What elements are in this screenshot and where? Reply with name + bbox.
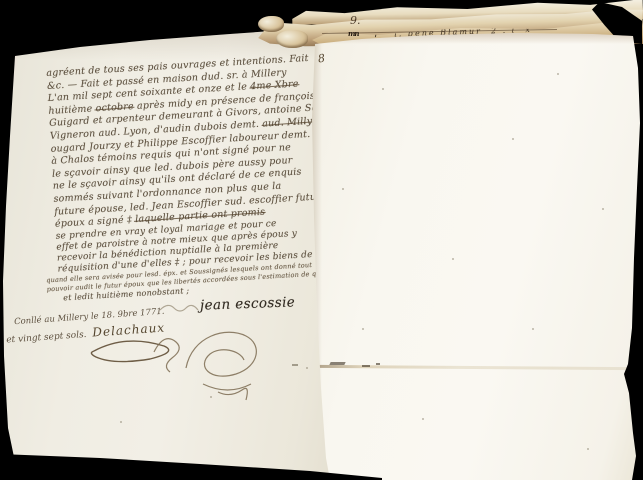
curled-paper-end	[258, 16, 284, 32]
archive-scan: agréent de tous ses pais ouvrages et int…	[0, 0, 643, 480]
notary-paraph-flourish	[148, 322, 266, 406]
background-bottom-wedge	[0, 452, 643, 480]
control-note-fee: et vingt sept sols.	[6, 330, 87, 346]
curled-paper-end	[276, 30, 308, 48]
signature-jean-escossie: jean escossie	[200, 294, 296, 313]
delachaux-paraph-flourish	[86, 338, 182, 368]
manuscript-page-left: agréent de tous ses pais ouvrages et int…	[0, 26, 338, 480]
signature-delachaux: Delachaux	[92, 320, 166, 339]
crease-ink-mark	[362, 365, 370, 367]
bottom-wedge-shape	[0, 452, 643, 480]
crease-ink-mark	[329, 362, 345, 365]
ink-scribble: 9.	[350, 14, 361, 27]
crease-ink-mark	[376, 363, 380, 365]
ink-scribble: mn	[348, 29, 359, 38]
page-number-mark: 8	[317, 52, 326, 66]
blank-page-right: 8	[302, 28, 643, 480]
